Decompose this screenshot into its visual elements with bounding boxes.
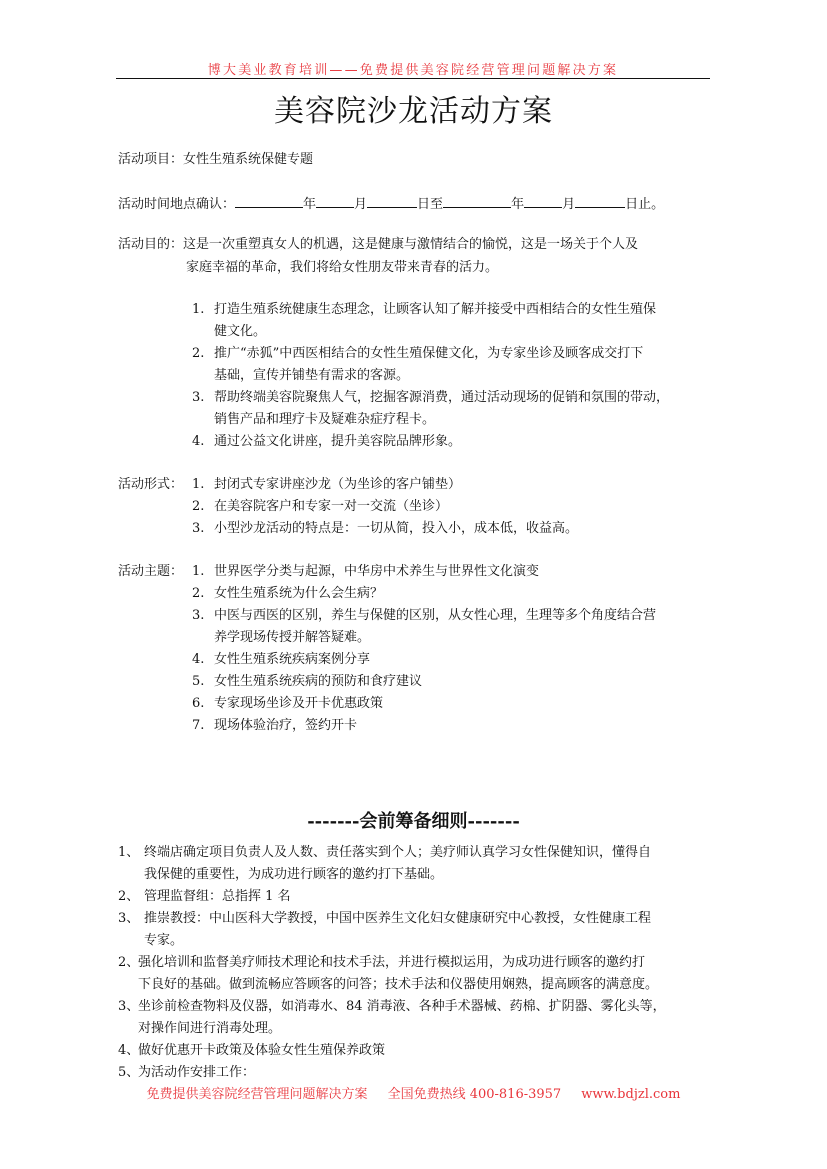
theme-item: 3.中医与西医的区别，养生与保健的区别，从女性心理，生理等多个角度结合营 [192,606,656,626]
start-month-blank[interactable] [316,193,354,208]
prep-item: 3、坐诊前检查物料及仪器，如消毒水、84 消毒液、各种手术器械、药棉、扩阴器、雾… [118,997,666,1017]
purpose-item: 2.推广“赤狐”中西医相结合的女性生殖保健文化，为专家坐诊及顾客成交打下 [192,344,643,364]
day-end-label: 日止。 [625,197,664,212]
prep-item: 4、做好优惠开卡政策及体验女性生殖保养政策 [118,1041,385,1061]
purpose-item: 4.通过公益文化讲座，提升美容院品牌形象。 [192,432,461,452]
start-day-blank[interactable] [367,193,417,208]
year-label: 年 [511,197,524,212]
footer-website-link[interactable]: www.bdjzl.com [581,1087,680,1102]
month-label: 月 [562,197,575,212]
document-page: 博大美业教育培训——免费提供美容院经营管理问题解决方案 美容院沙龙活动方案 活动… [0,0,827,1169]
prep-item-cont: 我保健的重要性，为成功进行顾客的邀约打下基础。 [144,865,443,885]
purpose-text: 这是一次重塑真女人的机遇，这是健康与激情结合的愉悦，这是一场关于个人及 [183,237,638,252]
header-banner: 博大美业教育培训——免费提供美容院经营管理问题解决方案 [116,59,710,78]
form-label: 活动形式： [118,475,192,495]
prep-item: 2、管理监督组：总指挥 1 名 [118,887,291,907]
purpose-item-cont: 健文化。 [214,322,266,342]
purpose-line-1: 活动目的：这是一次重塑真女人的机遇，这是健康与激情结合的愉悦，这是一场关于个人及 [118,235,638,255]
theme-item: 活动主题：1.世界医学分类与起源，中华房中术养生与世界性文化演变 [118,562,539,582]
prep-item-cont: 专家。 [144,931,183,951]
page-title: 美容院沙龙活动方案 [0,86,827,130]
start-year-blank[interactable] [235,193,303,208]
purpose-item-cont: 销售产品和理疗卡及疑难杂症疗程卡。 [214,410,435,430]
theme-label: 活动主题： [118,562,192,582]
footer: 免费提供美容院经营管理问题解决方案全国免费热线 400-816-3957www.… [0,1083,827,1102]
year-label: 年 [303,197,316,212]
header-rule [116,78,710,79]
purpose-line-2: 家庭幸福的革命，我们将给女性朋友带来青春的活力。 [186,258,498,278]
footer-slogan: 免费提供美容院经营管理问题解决方案 [147,1087,368,1102]
theme-item: 2.女性生殖系统为什么会生病？ [192,584,383,604]
prep-heading: -------会前筹备细则------- [0,807,827,833]
purpose-item-cont: 基础，宣传并铺垫有需求的客源。 [214,366,409,386]
theme-item: 7.现场体验治疗，签约开卡 [192,716,357,736]
end-year-blank[interactable] [443,193,511,208]
theme-item: 4.女性生殖系统疾病案例分享 [192,650,370,670]
form-item: 3.小型沙龙活动的特点是：一切从简，投入小，成本低，收益高。 [192,519,578,539]
project-line: 活动项目：女性生殖系统保健专题 [118,150,313,170]
time-place-line: 活动时间地点确认：年月日至年月日止。 [118,193,664,215]
theme-item: 6.专家现场坐诊及开卡优惠政策 [192,694,383,714]
project-value: 女性生殖系统保健专题 [183,152,313,167]
end-month-blank[interactable] [524,193,562,208]
prep-item: 1、终端店确定项目负责人及人数、责任落实到个人；美疗师认真学习女性保健知识，懂得… [118,843,651,863]
prep-item: 3、推崇教授：中山医科大学教授，中国中医养生文化妇女健康研究中心教授，女性健康工… [118,909,651,929]
prep-item: 5、为活动作安排工作： [118,1063,255,1083]
end-day-blank[interactable] [575,193,625,208]
prep-item-cont: 对操作间进行消毒处理。 [138,1019,281,1039]
project-label: 活动项目： [118,152,183,167]
purpose-label: 活动目的： [118,237,183,252]
month-label: 月 [354,197,367,212]
purpose-item: 3.帮助终端美容院聚焦人气，挖掘客源消费，通过活动现场的促销和氛围的带动， [192,388,669,408]
purpose-item: 1.打造生殖系统健康生态理念，让顾客认知了解并接受中西相结合的女性生殖保 [192,300,656,320]
day-to-label: 日至 [417,197,443,212]
prep-item: 2、强化培训和监督美疗师技术理论和技术手法，并进行模拟运用，为成功进行顾客的邀约… [118,953,645,973]
form-item: 活动形式：1.封闭式专家讲座沙龙（为坐诊的客户铺垫） [118,475,461,495]
prep-item-cont: 下良好的基础。做到流畅应答顾客的问答；技术手法和仪器使用娴熟，提高顾客的满意度。 [138,975,658,995]
time-place-label: 活动时间地点确认： [118,197,235,212]
footer-hotline: 全国免费热线 400-816-3957 [388,1087,562,1102]
form-item: 2.在美容院客户和专家一对一交流（坐诊） [192,497,448,517]
theme-item-cont: 养学现场传授并解答疑难。 [214,628,370,648]
theme-item: 5.女性生殖系统疾病的预防和食疗建议 [192,672,422,692]
